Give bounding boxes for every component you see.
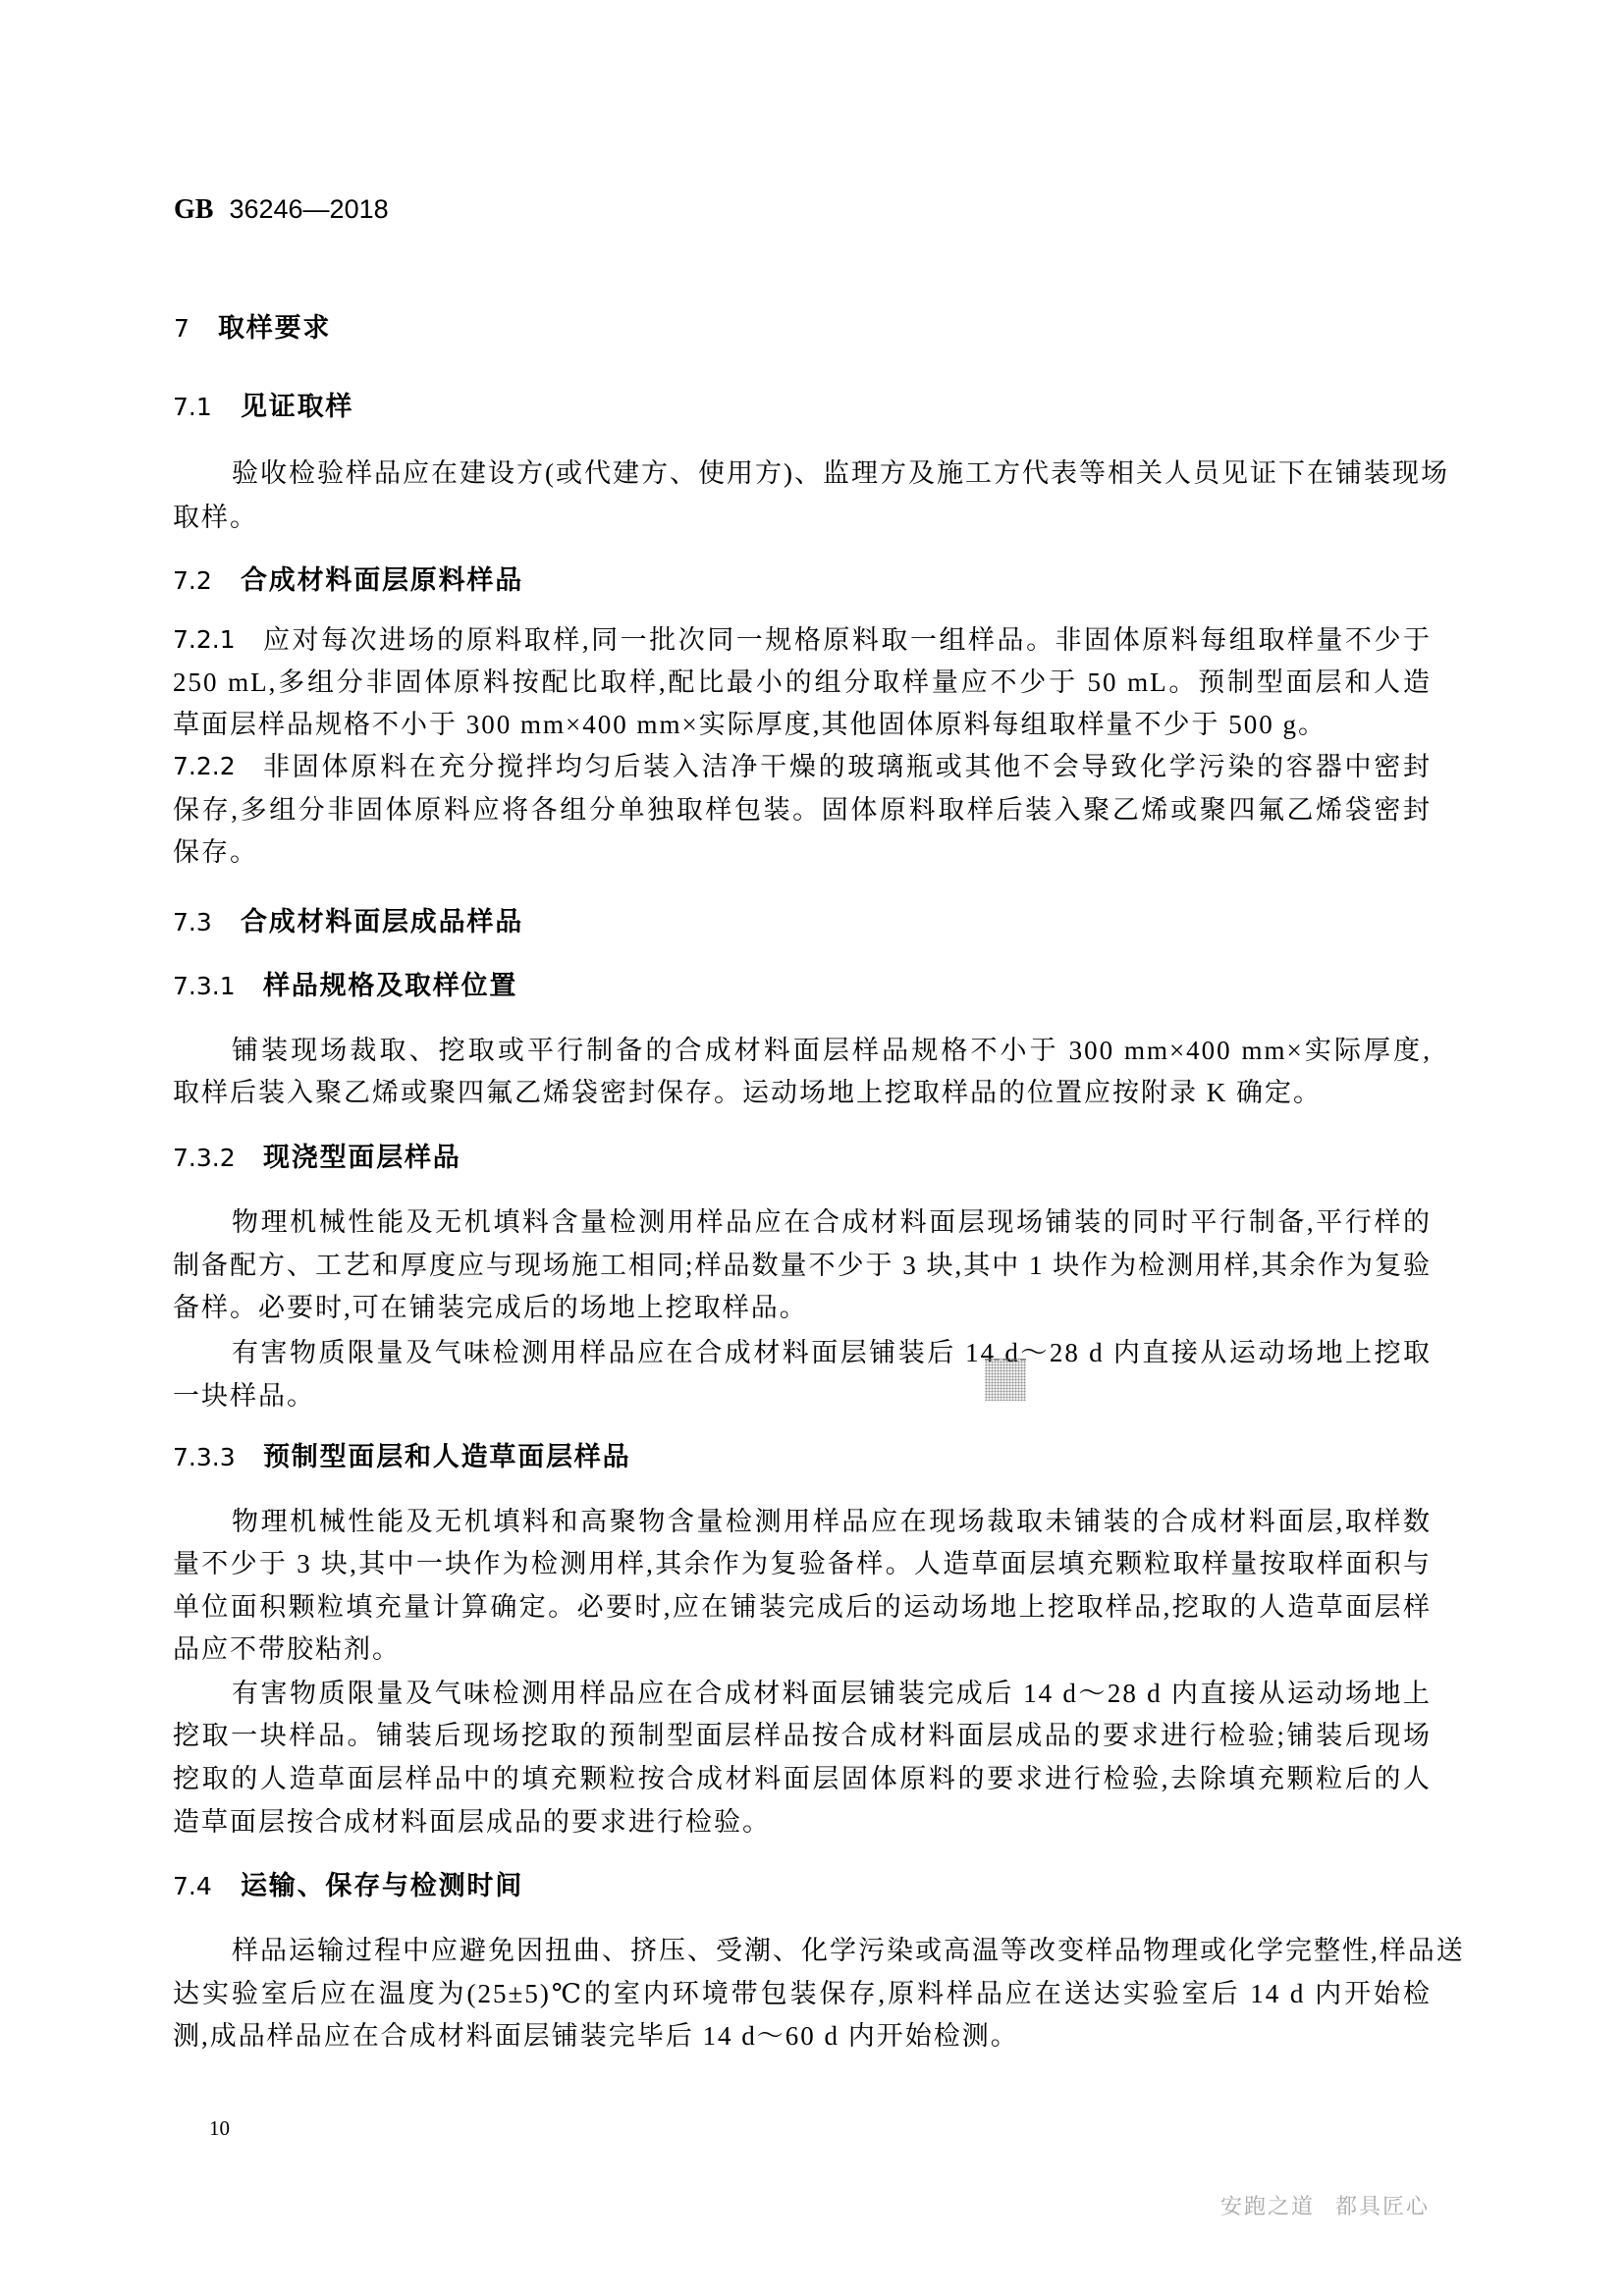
paragraph-line: 一块样品。 — [173, 1374, 315, 1417]
clause-number: 7.2.1 — [173, 618, 236, 662]
paragraph-line: 备样。必要时,可在铺装完成后的场地上挖取样品。 — [173, 1286, 808, 1329]
paragraph-line: 有害物质限量及气味检测用样品应在合成材料面层铺装后 14 d～28 d 内直接从… — [232, 1331, 1432, 1374]
paragraph-line: 单位面积颗粒填充量计算确定。必要时,应在铺装完成后的运动场地上挖取样品,挖取的人… — [173, 1585, 1432, 1629]
paragraph-line: 物理机械性能及无机填料含量检测用样品应在合成材料面层现场铺装的同时平行制备,平行… — [232, 1201, 1432, 1244]
clause-number: 7.2 — [173, 560, 212, 603]
paragraph-line: 草面层样品规格不小于 300 mm×400 mm×实际厚度,其他固体原料每组取样… — [173, 703, 1326, 746]
clause-number: 7.3.3 — [173, 1436, 236, 1479]
clause-title: 现浇型面层样品 — [263, 1137, 461, 1180]
paragraph-line: 验收检验样品应在建设方(或代建方、使用方)、监理方及施工方代表等相关人员见证下在… — [232, 452, 1432, 495]
clause-number: 7.3 — [173, 901, 212, 944]
clause-number: 7.2.2 — [173, 745, 236, 788]
watermark-text: 安跑之道 都具匠心 — [1220, 2193, 1430, 2222]
paragraph-line: 量不少于 3 块,其中一块作为检测用样,其余作为复验备样。人造草面层填充颗粒取样… — [173, 1542, 1432, 1585]
page-number: 10 — [209, 2115, 230, 2141]
paragraph-line: 挖取一块样品。铺装后现场挖取的预制型面层样品按合成材料面层成品的要求进行检验;铺… — [173, 1714, 1432, 1757]
paragraph-line: 样品运输过程中应避免因扭曲、挤压、受潮、化学污染或高温等改变样品物理或化学完整性… — [232, 1929, 1432, 1972]
paragraph-line: 取样后装入聚乙烯或聚四氟乙烯袋密封保存。运动场地上挖取样品的位置应按附录 K 确… — [173, 1071, 1322, 1114]
clause-number: 7.3.2 — [173, 1137, 236, 1180]
paragraph-line: 250 mL,多组分非固体原料按配比取样,配比最小的组分取样量应不少于 50 m… — [173, 661, 1432, 704]
paragraph-line: 品应不带胶粘剂。 — [173, 1628, 401, 1671]
scan-artifact — [985, 1359, 1026, 1401]
clause-title: 合成材料面层原料样品 — [241, 560, 523, 603]
paragraph-line: 非固体原料在充分搅拌均匀后装入洁净干燥的玻璃瓶或其他不会导致化学污染的容器中密封 — [263, 745, 1432, 788]
paragraph-line: 测,成品样品应在合成材料面层铺装完毕后 14 d～60 d 内开始检测。 — [173, 2014, 1019, 2057]
standard-code-header: GB36246—2018 — [174, 187, 389, 231]
paragraph-line: 物理机械性能及无机填料和高聚物含量检测用样品应在现场裁取未铺装的合成材料面层,取… — [232, 1500, 1432, 1543]
clause-number: 7.1 — [173, 386, 212, 429]
clause-title: 样品规格及取样位置 — [263, 965, 517, 1008]
standard-prefix: GB — [174, 194, 213, 225]
document-page: GB36246—2018 7 取样要求 7.1 见证取样 验收检验样品应在建设方… — [0, 0, 1624, 2296]
paragraph-line: 挖取的人造草面层样品中的填充颗粒按合成材料面层固体原料的要求进行检验,去除填充颗… — [173, 1757, 1432, 1800]
paragraph-line: 达实验室后应在温度为(25±5)℃的室内环境带包装保存,原料样品应在送达实验室后… — [173, 1972, 1432, 2015]
paragraph-line: 保存。 — [173, 830, 258, 874]
clause-title: 合成材料面层成品样品 — [241, 901, 523, 944]
clause-title: 见证取样 — [241, 386, 353, 429]
paragraph-line: 有害物质限量及气味检测用样品应在合成材料面层铺装完成后 14 d～28 d 内直… — [232, 1672, 1432, 1715]
paragraph-line: 保存,多组分非固体原料应将各组分单独取样包装。固体原料取样后装入聚乙烯或聚四氟乙… — [173, 788, 1432, 831]
paragraph-line: 制备配方、工艺和厚度应与现场施工相同;样品数量不少于 3 块,其中 1 块作为检… — [173, 1244, 1432, 1287]
clause-title: 预制型面层和人造草面层样品 — [263, 1436, 630, 1479]
clause-title: 运输、保存与检测时间 — [241, 1865, 523, 1908]
clause-number: 7 — [174, 307, 189, 350]
clause-title: 取样要求 — [218, 307, 331, 350]
clause-number: 7.3.1 — [173, 965, 236, 1008]
paragraph-line: 铺装现场裁取、挖取或平行制备的合成材料面层样品规格不小于 300 mm×400 … — [232, 1029, 1432, 1072]
clause-number: 7.4 — [173, 1865, 212, 1908]
paragraph-line: 应对每次进场的原料取样,同一批次同一规格原料取一组样品。非固体原料每组取样量不少… — [263, 618, 1432, 662]
standard-number: 36246—2018 — [229, 194, 388, 224]
paragraph-line: 取样。 — [173, 496, 258, 539]
paragraph-line: 造草面层按合成材料面层成品的要求进行检验。 — [173, 1800, 771, 1843]
